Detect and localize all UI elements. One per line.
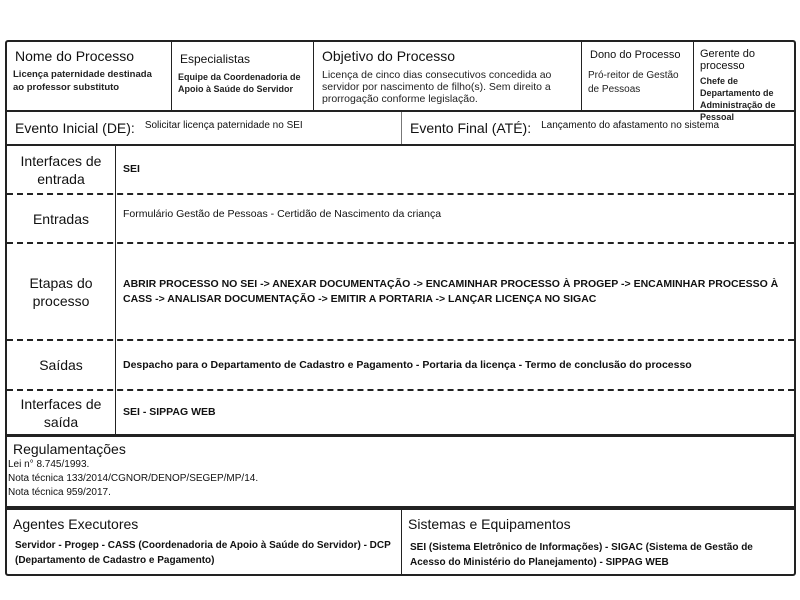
initial-event-value: Solicitar licença paternidade no SEI (145, 120, 303, 131)
events-row: Evento Inicial (DE): Solicitar licença p… (5, 110, 796, 146)
table-row: Etapas do processo ABRIR PROCESSO NO SEI… (7, 244, 794, 341)
manager-title: Gerente do processo (700, 48, 790, 72)
row-content-steps: ABRIR PROCESSO NO SEI -> ANEXAR DOCUMENT… (123, 244, 784, 339)
final-event: Evento Final (ATÉ): Lançamento do afasta… (402, 112, 794, 144)
final-event-label: Evento Final (ATÉ): (410, 120, 531, 136)
row-content-outputs: Despacho para o Departamento de Cadastro… (123, 341, 784, 389)
row-content-output-interfaces: SEI - SIPPAG WEB (123, 391, 784, 434)
row-label-steps: Etapas do processo (7, 244, 115, 339)
row-label-inputs: Entradas (7, 195, 115, 242)
final-event-value: Lançamento do afastamento no sistema (541, 120, 719, 131)
regulations-title: Regulamentações (13, 440, 794, 458)
process-name-value: Licença paternidade destinada ao profess… (13, 69, 165, 94)
objective-title: Objetivo do Processo (322, 48, 575, 64)
manager-cell: Gerente do processo Chefe de Departament… (694, 42, 796, 110)
initial-event-label: Evento Inicial (DE): (15, 120, 135, 136)
owner-cell: Dono do Processo Pró-reitor de Gestão de… (582, 42, 694, 110)
table-row: Entradas Formulário Gestão de Pessoas - … (7, 195, 794, 244)
row-label-outputs: Saídas (7, 341, 115, 389)
process-header: Nome do Processo Licença paternidade des… (5, 40, 796, 110)
owner-title: Dono do Processo (590, 49, 687, 61)
objective-value: Licença de cinco dias consecutivos conce… (322, 69, 575, 105)
process-name-cell: Nome do Processo Licença paternidade des… (7, 42, 172, 110)
specialists-value: Equipe da Coordenadoria de Apoio à Saúde… (178, 71, 307, 95)
systems-cell: Sistemas e Equipamentos SEI (Sistema Ele… (402, 510, 794, 574)
regulation-item: Nota técnica 133/2014/CGNOR/DENOP/SEGEP/… (8, 472, 794, 486)
regulation-item: Lei n° 8.745/1993. (8, 458, 794, 472)
table-row: Interfaces de entrada SEI (7, 146, 794, 195)
executing-agents-cell: Agentes Executores Servidor - Progep - C… (7, 510, 402, 574)
bottom-section: Agentes Executores Servidor - Progep - C… (5, 508, 796, 576)
row-content-input-interfaces: SEI (123, 146, 784, 193)
objective-cell: Objetivo do Processo Licença de cinco di… (314, 42, 582, 110)
specialists-title: Especialistas (180, 52, 307, 66)
initial-event: Evento Inicial (DE): Solicitar licença p… (7, 112, 402, 144)
systems-title: Sistemas e Equipamentos (408, 516, 788, 532)
row-label-input-interfaces: Interfaces de entrada (7, 146, 115, 193)
regulation-item: Nota técnica 959/2017. (8, 486, 794, 500)
row-label-output-interfaces: Interfaces de saída (7, 391, 115, 434)
owner-value: Pró-reitor de Gestão de Pessoas (588, 69, 687, 97)
process-details-table: Interfaces de entrada SEI Entradas Formu… (5, 146, 796, 436)
regulations-section: Regulamentações Lei n° 8.745/1993. Nota … (5, 436, 796, 508)
table-row: Saídas Despacho para o Departamento de C… (7, 341, 794, 391)
executing-agents-title: Agentes Executores (13, 516, 395, 532)
executing-agents-value: Servidor - Progep - CASS (Coordenadoria … (15, 538, 395, 568)
systems-value: SEI (Sistema Eletrônico de Informações) … (410, 540, 788, 570)
table-row: Interfaces de saída SEI - SIPPAG WEB (7, 391, 794, 434)
row-content-inputs: Formulário Gestão de Pessoas - Certidão … (123, 195, 784, 242)
process-name-title: Nome do Processo (15, 48, 165, 64)
specialists-cell: Especialistas Equipe da Coordenadoria de… (172, 42, 314, 110)
column-divider (115, 146, 116, 434)
